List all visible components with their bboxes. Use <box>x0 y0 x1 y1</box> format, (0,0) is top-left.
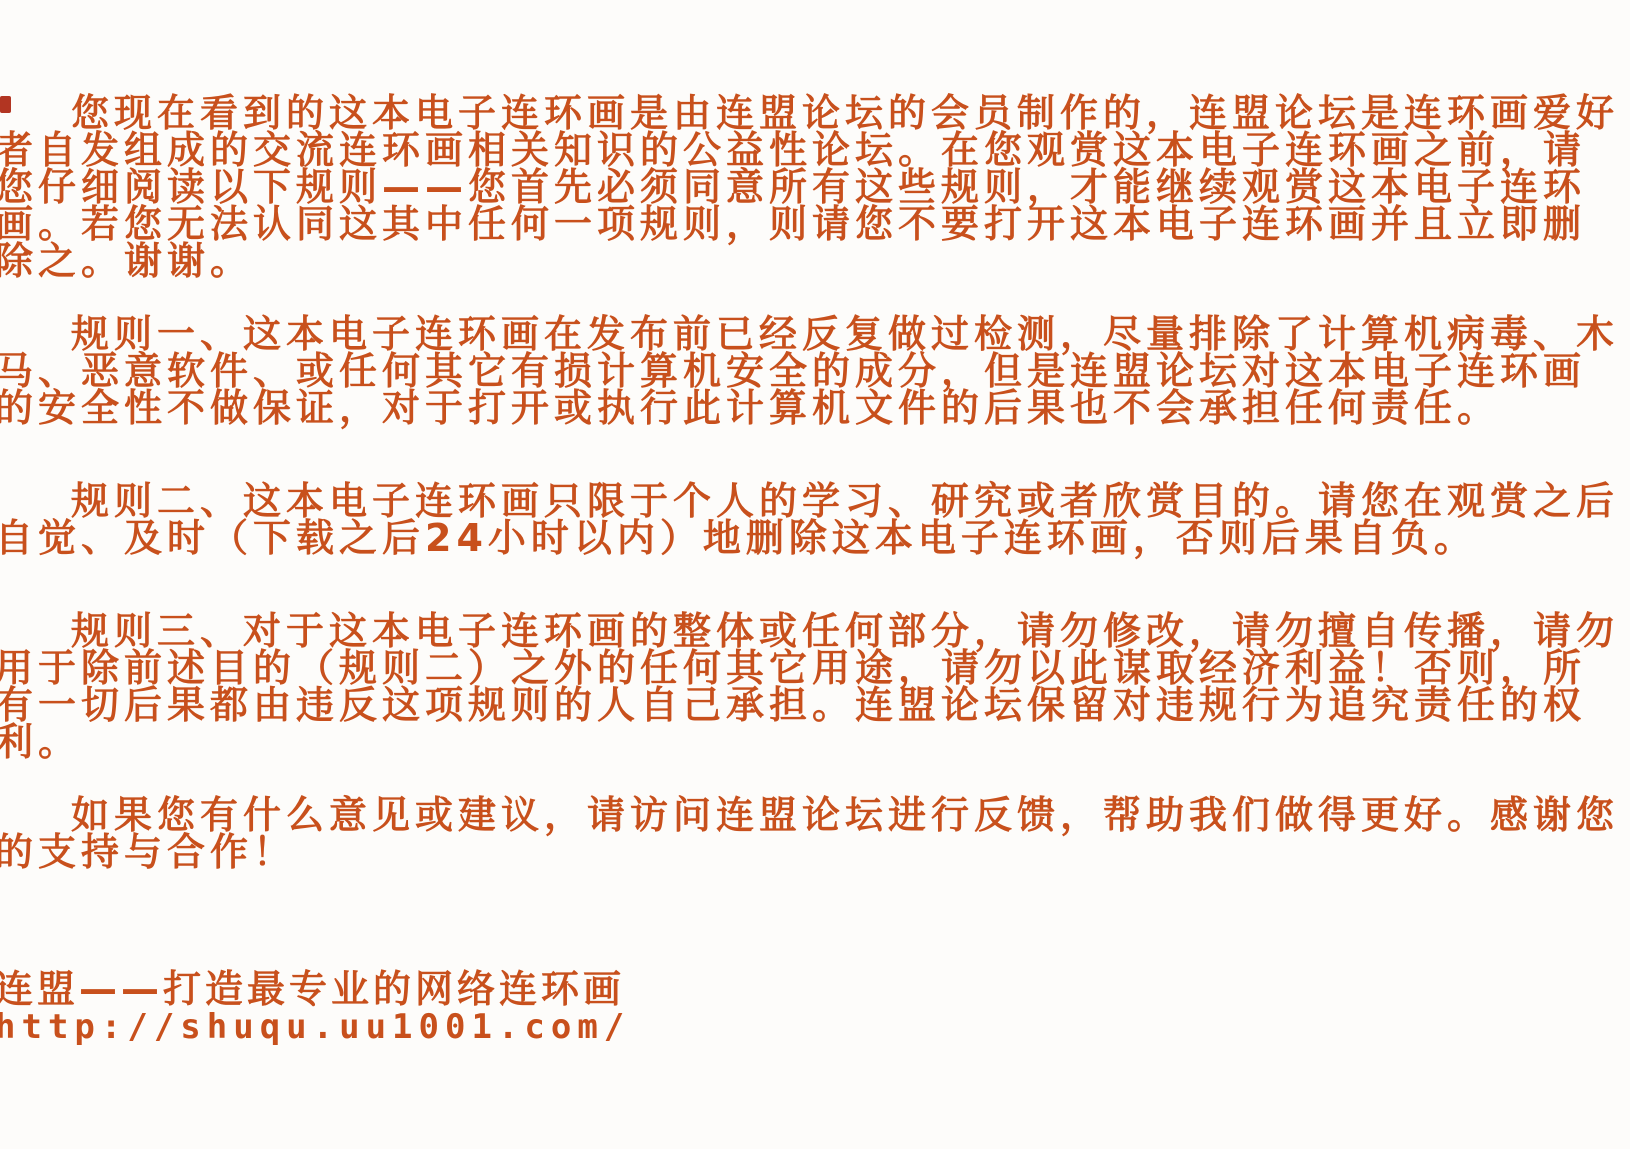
rule-1-paragraph: 规则一、这本电子连环画在发布前已经反复做过检测，尽量排除了计算机病毒、木 马、恶… <box>0 316 1630 427</box>
rule-3-paragraph: 规则三、对于这本电子连环画的整体或任何部分，请勿修改，请勿擅自传播，请勿 用于除… <box>0 613 1630 761</box>
rule-2-line-1: 规则二、这本电子连环画只限于个人的学习、研究或者欣赏目的。请您在观赏之后 <box>0 483 1630 520</box>
feedback-line-1: 如果您有什么意见或建议，请访问连盟论坛进行反馈，帮助我们做得更好。感谢您 <box>0 797 1630 834</box>
feedback-paragraph: 如果您有什么意见或建议，请访问连盟论坛进行反馈，帮助我们做得更好。感谢您 的支持… <box>0 797 1630 871</box>
feedback-line-2: 的支持与合作！ <box>0 834 1630 871</box>
notice-text: 您现在看到的这本电子连环画是由连盟论坛的会员制作的，连盟论坛是连环画爱好 者自发… <box>0 95 1630 1046</box>
rule-1-line-1: 规则一、这本电子连环画在发布前已经反复做过检测，尽量排除了计算机病毒、木 <box>0 316 1630 353</box>
rule-2-paragraph: 规则二、这本电子连环画只限于个人的学习、研究或者欣赏目的。请您在观赏之后 自觉、… <box>0 483 1630 557</box>
rule-1-line-2: 马、恶意软件、或任何其它有损计算机安全的成分，但是连盟论坛对这本电子连环画 <box>0 353 1630 390</box>
rule-3-line-4: 利。 <box>0 724 1630 761</box>
intro-line-2: 者自发组成的交流连环画相关知识的公益性论坛。在您观赏这本电子连环画之前，请 <box>0 132 1630 169</box>
rule-1-line-3: 的安全性不做保证，对于打开或执行此计算机文件的后果也不会承担任何责任。 <box>0 390 1630 427</box>
notice-page: 您现在看到的这本电子连环画是由连盟论坛的会员制作的，连盟论坛是连环画爱好 者自发… <box>0 0 1630 1149</box>
intro-paragraph: 您现在看到的这本电子连环画是由连盟论坛的会员制作的，连盟论坛是连环画爱好 者自发… <box>0 95 1630 280</box>
rule-3-line-2: 用于除前述目的（规则二）之外的任何其它用途，请勿以此谋取经济利益！否则，所 <box>0 650 1630 687</box>
intro-line-4: 画。若您无法认同这其中任何一项规则，则请您不要打开这本电子连环画并且立即删 <box>0 206 1630 243</box>
site-slogan: 连盟——打造最专业的网络连环画 <box>0 971 1630 1008</box>
site-url: http://shuqu.uu1001.com/ <box>0 1008 1630 1046</box>
rule-3-line-1: 规则三、对于这本电子连环画的整体或任何部分，请勿修改，请勿擅自传播，请勿 <box>0 613 1630 650</box>
rule-2-line-2: 自觉、及时（下载之后24小时以内）地删除这本电子连环画，否则后果自负。 <box>0 520 1630 557</box>
footer: 连盟——打造最专业的网络连环画 http://shuqu.uu1001.com/ <box>0 971 1630 1046</box>
intro-line-5: 除之。谢谢。 <box>0 243 1630 280</box>
intro-line-3: 您仔细阅读以下规则——您首先必须同意所有这些规则，才能继续观赏这本电子连环 <box>0 169 1630 206</box>
intro-line-1: 您现在看到的这本电子连环画是由连盟论坛的会员制作的，连盟论坛是连环画爱好 <box>0 95 1630 132</box>
rule-3-line-3: 有一切后果都由违反这项规则的人自己承担。连盟论坛保留对违规行为追究责任的权 <box>0 687 1630 724</box>
